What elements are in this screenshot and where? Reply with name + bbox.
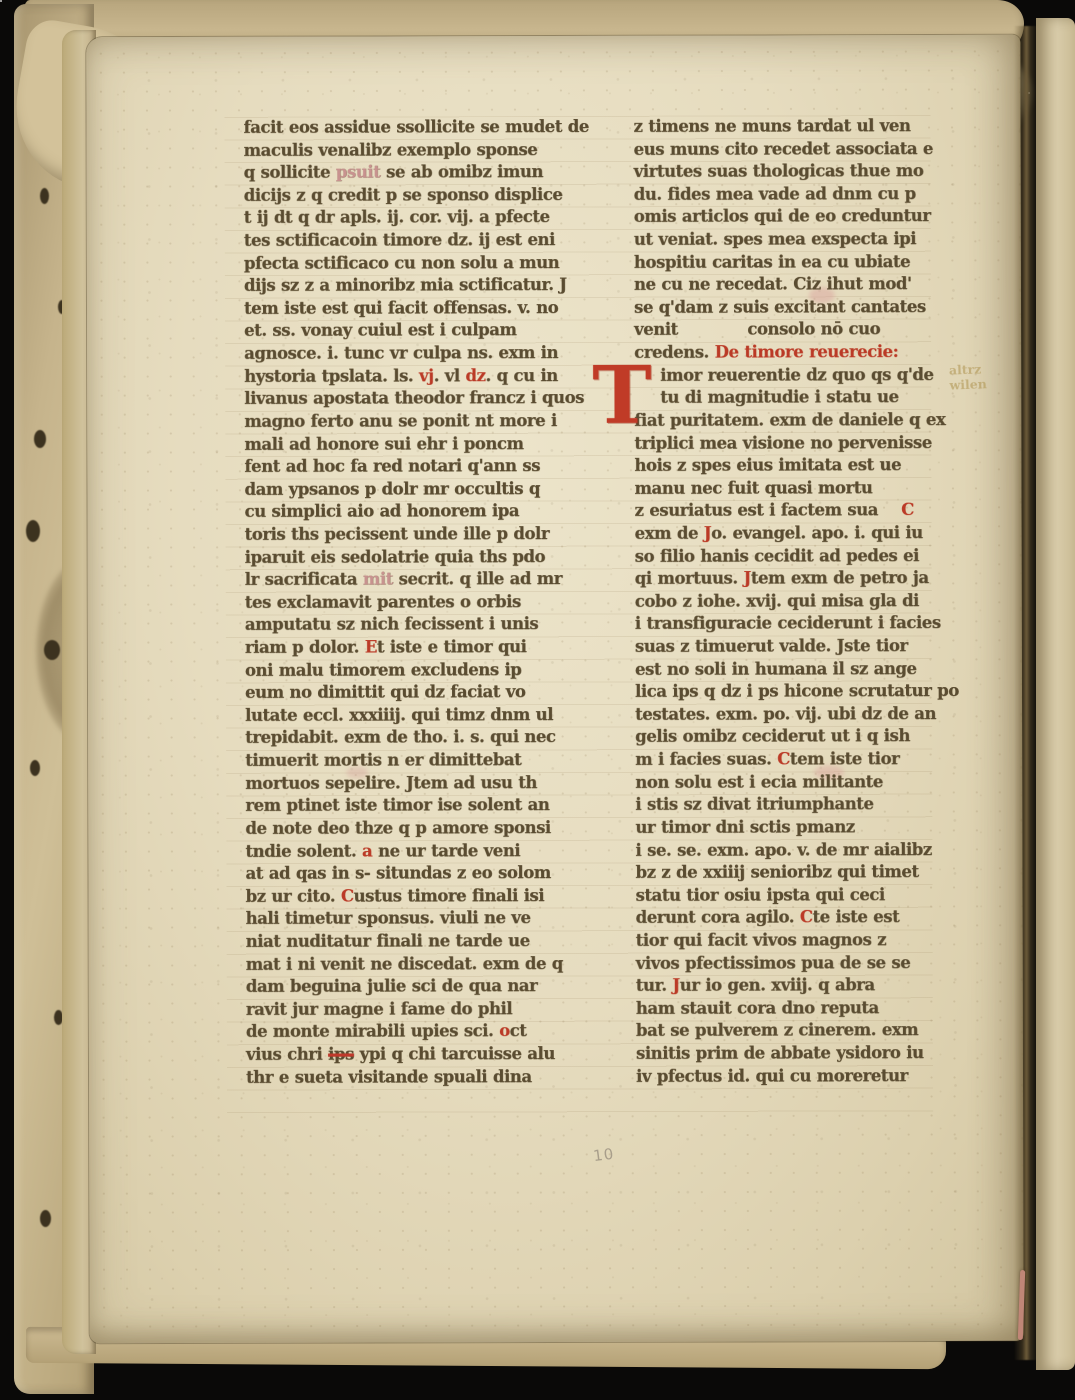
body-text: ham stauit cora dno reputa	[636, 998, 879, 1018]
manuscript-text-line: qi mortuus. Jtem exm de petro ja	[635, 567, 957, 591]
gutter-marginalia: altrzwilen	[949, 361, 987, 392]
manuscript-text-line: maculis venalibz exemplo sponse	[244, 138, 596, 162]
manuscript-text-line: vivos pfectissimos pua de se se	[636, 951, 958, 975]
body-text: dam ypsanos p dolr mr occultis q	[244, 478, 539, 499]
manuscript-text-line: virtutes suas thologicas thue mo	[634, 160, 956, 184]
body-text: tem iste tior	[790, 749, 900, 769]
body-text: tur.	[636, 975, 673, 995]
rubricated-text: mit	[363, 569, 393, 589]
body-text: lica ips q dz i ps hicone scrutatur po	[635, 681, 959, 702]
manuscript-text-line: toris ths pecissent unde ille p dolr	[245, 522, 597, 546]
body-text: se q'dam z suis excitant cantates	[634, 296, 926, 317]
body-text: eum no dimittit qui dz faciat vo	[245, 682, 525, 702]
manuscript-text-line: testates. exm. po. vij. ubi dz de an	[635, 702, 957, 726]
manuscript-text-line: trepidabit. exm de tho. i. s. qui nec	[245, 726, 597, 750]
manuscript-text-line: ham stauit cora dno reputa	[636, 996, 958, 1020]
body-text: ur io gen. xviij. q abra	[680, 975, 875, 995]
body-text: z esuriatus est i factem sua	[635, 500, 902, 520]
manuscript-text-line: q sollicite psuit se ab omibz imun	[244, 161, 596, 185]
body-text: riam p dolor.	[245, 637, 365, 657]
body-text: dam beguina julie sci de qua nar	[246, 976, 538, 997]
rubricated-text: De timore reuerecie:	[715, 342, 899, 362]
body-text: magno ferto anu se ponit nt more i	[244, 411, 557, 432]
body-text: rem ptinet iste timor ise solent an	[245, 795, 549, 816]
body-text: iv pfectus id. qui cu moreretur	[636, 1065, 908, 1085]
body-text: hali timetur sponsus. viuli ne ve	[246, 908, 531, 929]
body-text: qi mortuus.	[635, 568, 744, 588]
manuscript-text-line: amputatu sz nich fecissent i unis	[245, 613, 597, 637]
body-text: . q cu in	[485, 365, 557, 385]
body-text: z timens ne muns tardat ul ven	[634, 116, 911, 136]
manuscript-text-line: se q'dam z suis excitant cantates	[634, 295, 956, 319]
gutter-marginalia-line: altrz	[949, 361, 987, 377]
manuscript-text-line: hali timetur sponsus. viuli ne ve	[246, 907, 598, 931]
manuscript-text-line: cobo z iohe. xvij. qui misa gla di	[635, 589, 957, 613]
manuscript-text-line: dam ypsanos p dolr mr occultis q	[244, 477, 596, 501]
manuscript-text-line: z timens ne muns tardat ul ven	[633, 114, 955, 138]
body-text: tes exclamavit parentes o orbis	[245, 591, 521, 611]
manuscript-text-line: vius chri ips ypi q chi tarcuisse alu	[246, 1042, 598, 1066]
body-text: cobo z iohe. xvij. qui misa gla di	[635, 590, 919, 611]
body-text: oni malu timorem excludens ip	[245, 659, 521, 679]
body-text: mat i ni venit ne discedat. exm de q	[246, 953, 563, 974]
manuscript-text-line: magno ferto anu se ponit nt more i	[244, 409, 596, 433]
body-text: ustus timore finali isi	[354, 885, 545, 905]
manuscript-text-line: i stis sz divat itriumphante	[635, 793, 957, 817]
manuscript-text-line: at ad qas in s- situndas z eo solom	[245, 862, 597, 886]
body-text: se ab omibz imun	[380, 162, 543, 182]
body-text: timuerit mortis n er dimittebat	[245, 750, 521, 770]
manuscript-text-line: fent ad hoc fa red notari q'ann ss	[244, 455, 596, 479]
manuscript-text-line: derunt cora agilo. Cte iste est	[636, 906, 958, 930]
body-text: agnosce. i. tunc vr culpa ns. exm in	[244, 343, 558, 364]
body-text: exm de	[635, 523, 704, 543]
body-text: toris ths pecissent unde ille p dolr	[245, 524, 550, 545]
body-text: maculis venalibz exemplo sponse	[244, 139, 538, 160]
manuscript-text-line: tur. Jur io gen. xviij. q abra	[636, 974, 958, 998]
rubricated-text: E	[365, 637, 377, 657]
manuscript-text-line: so filio hanis cecidit ad pedes ei	[635, 544, 957, 568]
manuscript-text-line: dijs sz z a minoribz mia sctificatur. J	[244, 274, 596, 298]
body-text: testates. exm. po. vij. ubi dz de an	[635, 703, 936, 724]
manuscript-text-line: ravit jur magne i fame do phil	[246, 997, 598, 1021]
rubricated-text: C	[901, 500, 914, 520]
manuscript-text-line: facit eos assidue ssollicite se mudet de	[243, 115, 595, 139]
body-text: at ad qas in s- situndas z eo solom	[245, 863, 550, 884]
body-text: lr sacrificata	[245, 569, 363, 589]
body-text: gelis omibz ceciderut ut i q ish	[635, 726, 910, 746]
rubricated-text: ips	[328, 1044, 354, 1064]
body-text: te iste est	[812, 907, 899, 927]
rubricated-text: o	[499, 1021, 510, 1041]
body-text: pfecta sctificaco cu non solu a mun	[244, 252, 559, 273]
manuscript-text-line: du. fides mea vade ad dnm cu p	[634, 182, 956, 206]
manuscript-text-line: tu di magnitudie i statu ue	[634, 386, 956, 410]
manuscript-text-line: hystoria tpslata. ls. vj. vl dz. q cu in	[244, 364, 596, 388]
body-text: t iste e timor qui	[377, 637, 527, 657]
body-text: so filio hanis cecidit ad pedes ei	[635, 545, 919, 566]
body-text: eus muns cito recedet associata e	[634, 138, 933, 159]
folio-number-pencil: 10	[592, 1145, 615, 1165]
manuscript-text-line: mali ad honore sui ehr i poncm	[244, 432, 596, 456]
body-text: tior qui facit vivos magnos z	[636, 930, 886, 950]
manuscript-text-line: i se. se. exm. apo. v. de mr aialibz	[635, 838, 957, 862]
body-text: mali ad honore sui ehr i poncm	[244, 433, 523, 453]
manuscript-text-line: dam beguina julie sci de qua nar	[246, 975, 598, 999]
manuscript-text-line: omis articlos qui de eo creduntur	[634, 205, 956, 229]
manuscript-text-line: thr e sueta visitande spuali dina	[246, 1065, 598, 1089]
manuscript-photo: facit eos assidue ssollicite se mudet de…	[0, 0, 1075, 1400]
manuscript-text-line: iparuit eis sedolatrie quia ths pdo	[245, 545, 597, 569]
manuscript-text-line: ur timor dni sctis pmanz	[635, 815, 957, 839]
text-column-left: facit eos assidue ssollicite se mudet de…	[244, 116, 599, 1089]
body-text: triplici mea visione no pervenisse	[634, 432, 931, 453]
manuscript-text-line: i transfiguracie ceciderunt i facies	[635, 612, 957, 636]
manuscript-text-line: tes sctificacoin timore dz. ij est eni	[244, 228, 596, 252]
wormhole	[26, 520, 40, 542]
body-text: et. ss. vonay cuiul est i culpam	[244, 320, 516, 340]
body-text: mortuos sepelire. Jtem ad usu th	[245, 772, 537, 793]
manuscript-text-line: livanus apostata theodor francz i quos	[244, 387, 596, 411]
body-text: suas z timuerut valde. Jste tior	[635, 636, 908, 656]
manuscript-text-line: ut veniat. spes mea exspecta ipi	[634, 228, 956, 252]
body-text: imor reuerentie dz quo qs q'de	[660, 364, 933, 384]
rubricated-text: J	[743, 568, 750, 588]
illuminated-initial: T	[592, 358, 650, 436]
manuscript-text-line: non solu est i ecia militante	[635, 770, 957, 794]
body-text: statu tior osiu ipsta qui ceci	[636, 884, 885, 904]
body-text: ypi q chi tarcuisse alu	[354, 1044, 555, 1064]
manuscript-text-line: dicijs z q credit p se sponso displice	[244, 183, 596, 207]
manuscript-text-line: bat se pulverem z cinerem. exm	[636, 1019, 958, 1043]
body-text: trepidabit. exm de tho. i. s. qui nec	[245, 727, 555, 748]
body-text: tu di magnitudie i statu ue	[660, 387, 898, 407]
body-text: i transfiguracie ceciderunt i facies	[635, 613, 941, 634]
body-text: non solu est i ecia militante	[635, 771, 883, 791]
wormhole	[30, 760, 40, 776]
body-text: bz ur cito.	[246, 886, 341, 906]
manuscript-text-line: venit consolo nō cuo	[634, 318, 956, 342]
manuscript-text-line: hospitiu caritas in ea cu ubiate	[634, 250, 956, 274]
manuscript-text-line: credens. De timore reuerecie:	[634, 341, 956, 365]
body-text: hystoria tpslata. ls.	[244, 366, 419, 386]
rubricated-text: vj	[419, 366, 434, 386]
manuscript-text-line: lica ips q dz i ps hicone scrutatur po	[635, 680, 957, 704]
manuscript-text-line: est no soli in humana il sz ange	[635, 657, 957, 681]
body-text: dicijs z q credit p se sponso displice	[244, 184, 563, 205]
manuscript-text-line: manu nec fuit quasi mortu	[634, 476, 956, 500]
body-text: thr e sueta visitande spuali dina	[246, 1066, 532, 1087]
manuscript-text-line: tem iste est qui facit offensas. v. no	[244, 296, 596, 320]
manuscript-text-line: timuerit mortis n er dimittebat	[245, 749, 597, 773]
body-text: lutate eccl. xxxiiij. qui timz dnm ul	[245, 704, 553, 725]
rubricated-text: psuit	[336, 162, 381, 182]
body-text: vius chri	[246, 1044, 328, 1064]
body-text: ne cu ne recedat. Ciz ihut mod'	[634, 274, 912, 294]
rubricated-text: dz	[465, 365, 485, 385]
body-text: ravit jur magne i fame do phil	[246, 998, 512, 1018]
manuscript-text-line: riam p dolor. Et iste e timor qui	[245, 635, 597, 659]
body-text: cu simplici aio ad honorem ipa	[245, 501, 520, 521]
manuscript-text-line: agnosce. i. tunc vr culpa ns. exm in	[244, 342, 596, 366]
body-text: . vl	[434, 366, 466, 386]
body-text: tndie solent.	[245, 841, 362, 861]
body-text: ur timor dni sctis pmanz	[635, 817, 854, 837]
manuscript-text-line: oni malu timorem excludens ip	[245, 658, 597, 682]
body-text: hois z spes eius imitata est ue	[634, 455, 901, 475]
body-text: fent ad hoc fa red notari q'ann ss	[244, 456, 540, 477]
body-text: livanus apostata theodor francz i quos	[244, 388, 584, 409]
manuscript-page: facit eos assidue ssollicite se mudet de…	[86, 35, 1023, 1343]
manuscript-text-line: bz z de xxiiij senioribz qui timet	[635, 861, 957, 885]
rubricated-text: C	[341, 886, 354, 906]
body-text: omis articlos qui de eo creduntur	[634, 206, 931, 227]
manuscript-text-line: cu simplici aio ad honorem ipa	[245, 500, 597, 524]
body-text: de note deo thze q p amore sponsi	[245, 817, 550, 838]
manuscript-text-line: niat nuditatur finali ne tarde ue	[246, 929, 598, 953]
manuscript-text-line: tior qui facit vivos magnos z	[636, 928, 958, 952]
body-text: m i facies suas.	[635, 749, 777, 769]
wormhole	[40, 1210, 51, 1227]
body-text: ne ur tarde veni	[372, 840, 520, 860]
body-text: ct	[510, 1021, 527, 1041]
manuscript-text-line: z esuriatus est i factem sua C	[635, 499, 957, 523]
body-text: facit eos assidue ssollicite se mudet de	[244, 116, 589, 137]
body-text: o. evangel. apo. i. qui iu	[711, 523, 923, 543]
body-text: de monte mirabili upies sci.	[246, 1021, 499, 1041]
manuscript-text-line: de note deo thze q p amore sponsi	[245, 816, 597, 840]
manuscript-text-line: suas z timuerut valde. Jste tior	[635, 635, 957, 659]
manuscript-text-line: mat i ni venit ne discedat. exm de q	[246, 952, 598, 976]
manuscript-text-line: rem ptinet iste timor ise solent an	[245, 794, 597, 818]
text-column-right: z timens ne muns tardat ul veneus muns c…	[633, 115, 958, 1088]
rubricated-text: J	[672, 975, 679, 995]
body-text: vivos pfectissimos pua de se se	[636, 952, 911, 972]
manuscript-text-line: triplici mea visione no pervenisse	[634, 431, 956, 455]
manuscript-text-line: m i facies suas. Ctem iste tior	[635, 748, 957, 772]
manuscript-text-line: tndie solent. a ne ur tarde veni	[245, 839, 597, 863]
body-text: bat se pulverem z cinerem. exm	[636, 1020, 918, 1040]
wormhole	[44, 640, 60, 660]
body-text: niat nuditatur finali ne tarde ue	[246, 931, 530, 952]
manuscript-text-line: imor reuerentie dz quo qs q'de	[634, 363, 956, 387]
rubricated-text: C	[800, 907, 813, 927]
manuscript-text-line: eum no dimittit qui dz faciat vo	[245, 681, 597, 705]
rubricated-text: C	[777, 749, 790, 769]
body-text: est no soli in humana il sz ange	[635, 658, 917, 678]
body-text: tes sctificacoin timore dz. ij est eni	[244, 230, 555, 251]
facing-page-edge	[1036, 18, 1075, 1370]
body-text: derunt cora agilo.	[636, 907, 800, 927]
body-text: sinitis prim de abbate ysidoro iu	[636, 1043, 924, 1064]
gutter-crease	[1014, 26, 1038, 1360]
manuscript-text-line: t ij dt q dr apls. ij. cor. vij. a pfect…	[244, 206, 596, 230]
manuscript-text-line: tes exclamavit parentes o orbis	[245, 590, 597, 614]
manuscript-text-line: exm de Jo. evangel. apo. i. qui iu	[635, 521, 957, 545]
manuscript-text-line: lr sacrificata mit secrit. q ille ad mr	[245, 568, 597, 592]
manuscript-text-line: et. ss. vonay cuiul est i culpam	[244, 319, 596, 343]
body-text: dijs sz z a minoribz mia sctificatur. J	[244, 275, 567, 296]
body-text: venit consolo nō cuo	[634, 319, 880, 339]
body-text: fiat puritatem. exm de daniele q ex	[634, 409, 945, 430]
rubricated-text: a	[362, 841, 372, 861]
manuscript-text-line: mortuos sepelire. Jtem ad usu th	[245, 771, 597, 795]
manuscript-text-line: fiat puritatem. exm de daniele q ex	[634, 408, 956, 432]
body-text: ut veniat. spes mea exspecta ipi	[634, 229, 916, 249]
manuscript-text-line: sinitis prim de abbate ysidoro iu	[636, 1041, 958, 1065]
body-text: hospitiu caritas in ea cu ubiate	[634, 251, 910, 271]
wormhole	[34, 430, 46, 448]
manuscript-text-line: statu tior osiu ipsta qui ceci	[636, 883, 958, 907]
rubricated-text: J	[704, 523, 711, 543]
manuscript-text-line: bz ur cito. Custus timore finali isi	[246, 884, 598, 908]
body-text: secrit. q ille ad mr	[393, 569, 562, 589]
body-text: tem exm de petro ja	[751, 568, 929, 588]
gutter-marginalia-line: wilen	[949, 376, 987, 392]
body-text: amputatu sz nich fecissent i unis	[245, 614, 538, 635]
body-text: q sollicite	[244, 162, 336, 182]
body-text: virtutes suas thologicas thue mo	[634, 161, 924, 182]
manuscript-text-line: de monte mirabili upies sci. oct	[246, 1020, 598, 1044]
manuscript-text-line: gelis omibz ceciderut ut i q ish	[635, 725, 957, 749]
manuscript-text-line: pfecta sctificaco cu non solu a mun	[244, 251, 596, 275]
dust-specks	[0, 0, 2, 2]
body-text: tem iste est qui facit offensas. v. no	[244, 297, 558, 318]
manuscript-text-line: ne cu ne recedat. Ciz ihut mod'	[634, 273, 956, 297]
manuscript-text-line: hois z spes eius imitata est ue	[634, 454, 956, 478]
body-text: iparuit eis sedolatrie quia ths pdo	[245, 546, 546, 567]
body-text: i stis sz divat itriumphante	[635, 794, 873, 814]
manuscript-text-line: eus muns cito recedet associata e	[634, 137, 956, 161]
body-text: i se. se. exm. apo. v. de mr aialibz	[635, 839, 931, 860]
manuscript-text-line: lutate eccl. xxxiiij. qui timz dnm ul	[245, 703, 597, 727]
wormhole	[40, 188, 49, 204]
body-text: manu nec fuit quasi mortu	[634, 478, 872, 498]
body-text: bz z de xxiiij senioribz qui timet	[635, 862, 918, 883]
body-text: du. fides mea vade ad dnm cu p	[634, 183, 916, 203]
manuscript-text-line: iv pfectus id. qui cu moreretur	[636, 1064, 958, 1088]
body-text: t ij dt q dr apls. ij. cor. vij. a pfect…	[244, 207, 550, 228]
